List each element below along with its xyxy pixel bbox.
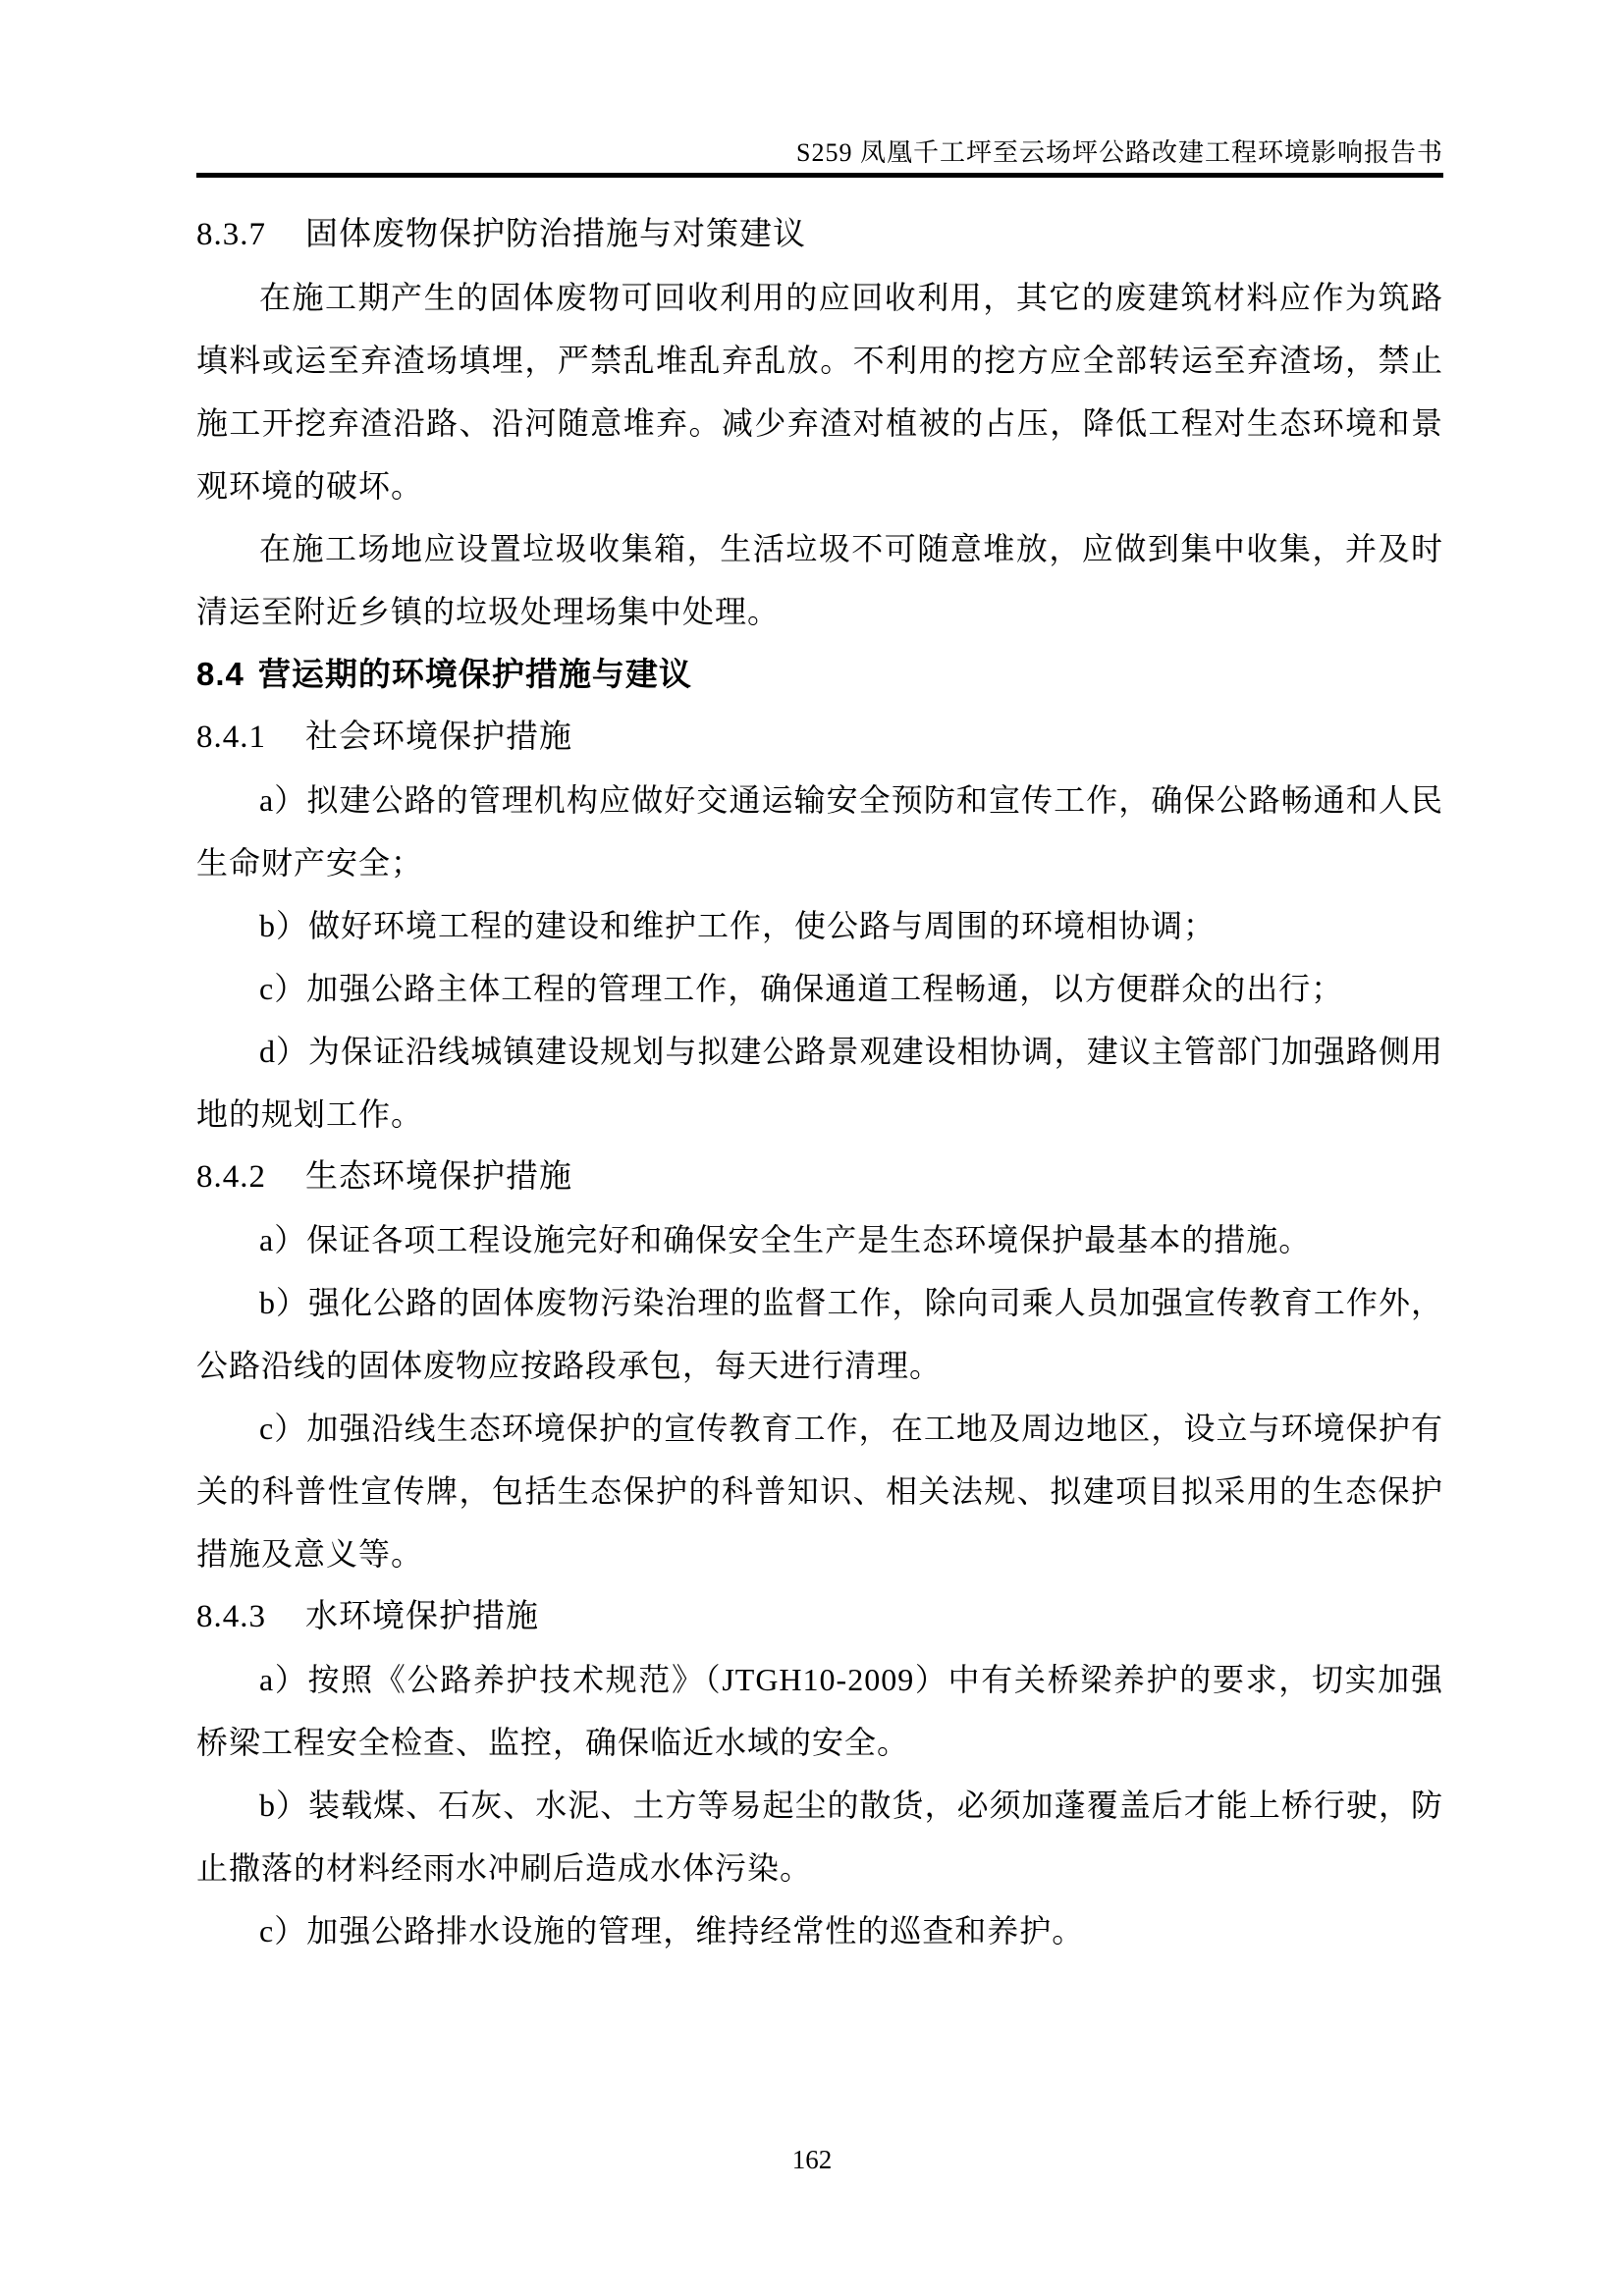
list-item-a: a）保证各项工程设施完好和确保安全生产是生态环境保护最基本的措施。 — [196, 1208, 1443, 1271]
header-rule — [196, 173, 1443, 178]
section-heading-8-4-3: 8.4.3水环境保护措施 — [196, 1585, 1443, 1648]
section-title: 水环境保护措施 — [305, 1599, 539, 1634]
document-page: S259 凤凰千工坪至云场坪公路改建工程环境影响报告书 8.3.7固体废物保护防… — [0, 0, 1624, 2296]
section-number: 8.4.2 — [196, 1159, 266, 1195]
list-item-c: c）加强沿线生态环境保护的宣传教育工作，在工地及周边地区，设立与环境保护有关的科… — [196, 1397, 1443, 1585]
running-header: S259 凤凰千工坪至云场坪公路改建工程环境影响报告书 — [196, 138, 1443, 168]
list-item-c: c）加强公路主体工程的管理工作，确保通道工程畅通，以方便群众的出行； — [196, 957, 1443, 1020]
list-item-a: a）按照《公路养护技术规范》（JTGH10-2009）中有关桥梁养护的要求，切实… — [196, 1648, 1443, 1774]
list-item-d: d）为保证沿线城镇建设规划与拟建公路景观建设相协调，建议主管部门加强路侧用地的规… — [196, 1020, 1443, 1146]
section-heading-8-4-1: 8.4.1社会环境保护措施 — [196, 706, 1443, 769]
list-item-c: c）加强公路排水设施的管理，维持经常性的巡查和养护。 — [196, 1899, 1443, 1962]
paragraph: 在施工场地应设置垃圾收集箱，生活垃圾不可随意堆放，应做到集中收集，并及时清运至附… — [196, 517, 1443, 643]
section-title: 社会环境保护措施 — [305, 720, 572, 755]
section-heading-8-4-2: 8.4.2生态环境保护措施 — [196, 1146, 1443, 1208]
section-title: 营运期的环境保护措施与建议 — [258, 656, 692, 692]
list-item-b: b）强化公路的固体废物污染治理的监督工作，除向司乘人员加强宣传教育工作外，公路沿… — [196, 1271, 1443, 1397]
section-number: 8.4 — [196, 656, 244, 692]
section-number: 8.4.3 — [196, 1599, 266, 1634]
section-heading-8-3-7: 8.3.7固体废物保护防治措施与对策建议 — [196, 203, 1443, 266]
document-body: 8.3.7固体废物保护防治措施与对策建议 在施工期产生的固体废物可回收利用的应回… — [196, 203, 1443, 1962]
list-item-b: b）做好环境工程的建设和维护工作，使公路与周围的环境相协调； — [196, 894, 1443, 957]
paragraph: 在施工期产生的固体废物可回收利用的应回收利用，其它的废建筑材料应作为筑路填料或运… — [196, 266, 1443, 517]
list-item-a: a）拟建公路的管理机构应做好交通运输安全预防和宣传工作，确保公路畅通和人民生命财… — [196, 769, 1443, 894]
section-number: 8.3.7 — [196, 217, 266, 252]
list-item-b: b）装载煤、石灰、水泥、土方等易起尘的散货，必须加蓬覆盖后才能上桥行驶，防止撒落… — [196, 1774, 1443, 1899]
section-number: 8.4.1 — [196, 720, 266, 755]
section-title: 固体废物保护防治措施与对策建议 — [305, 217, 806, 252]
section-title: 生态环境保护措施 — [305, 1159, 572, 1195]
section-heading-8-4: 8.4营运期的环境保护措施与建议 — [196, 643, 1443, 706]
page-number: 162 — [0, 2144, 1624, 2175]
